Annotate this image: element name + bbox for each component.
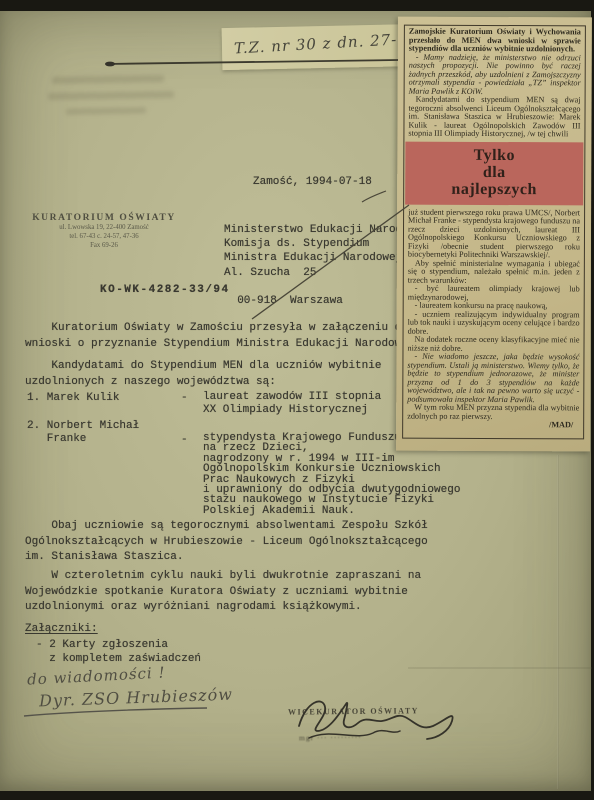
clipping-requirements-intro: Aby spełnić ministerialne wymagania i ub… (408, 259, 580, 285)
letterhead-details: ul. Lwowska 19, 22-400 Zamość tel. 67-43… (28, 223, 180, 250)
paper-crease-horizontal (408, 667, 592, 669)
candidate-1-dash: - (181, 391, 188, 407)
clipping-quote: - Mamy nadzieję, że ministerstwo nie odr… (409, 53, 581, 96)
newspaper-clipping: Zamojskie Kuratorium Oświaty i Wychowani… (396, 17, 592, 452)
candidate-2-dash: - (181, 433, 188, 449)
clipping-byline: /MAD/ (407, 421, 579, 430)
letterhead-org-name: KURATORIUM OŚWIATY (28, 213, 180, 223)
clipping-student: już student pierwszego roku prawa UMCS/,… (408, 208, 580, 260)
clipping-requirement-1: - być laureatem olimpiady krajowej lub m… (408, 285, 580, 303)
attachments-title: Załączniki: (25, 622, 98, 638)
letterhead: KURATORIUM OŚWIATY ul. Lwowska 19, 22-40… (28, 213, 180, 250)
reference-number: KO-WK-4282-33/94 (100, 283, 230, 299)
body-paragraph-1: Kuratorium Oświaty w Zamościu przesyła w… (25, 321, 421, 352)
candidate-2-name: 2. Norbert Michał Franke (27, 420, 139, 445)
attachments-list: - 2 Karty zgłoszenia z kompletem zaświad… (36, 639, 201, 666)
clipping-headline: Tylko dla najlepszych (405, 141, 583, 205)
clipping-quote-2: - Nie wiadomo jeszcze, jaka będzie wysok… (407, 353, 579, 405)
official-stamp-title: WICEKURATOR OŚWIATY (288, 706, 419, 716)
clipping-closing: W tym roku MEN przyzna stypendia dla wyb… (407, 404, 579, 422)
clipping-candidates: Kandydatami do stypendium MEN są dwaj te… (408, 96, 580, 139)
clipping-note: Na dodatek roczne oceny klasyfikacyjne m… (407, 336, 579, 354)
candidate-1-name: 1. Marek Kulik (27, 391, 119, 407)
paper-crease-vertical (557, 455, 559, 789)
clipping-frame: Zamojskie Kuratorium Oświaty i Wychowani… (402, 25, 586, 440)
clipping-lead: Zamojskie Kuratorium Oświaty i Wychowani… (409, 28, 581, 54)
letter-date: Zamość, 1994-07-18 (253, 175, 372, 191)
clipping-requirement-3: - uczniem realizującym indywidualny prog… (408, 310, 580, 336)
scanned-letter-photo: T.Z. nr 30 z dn. 27-07-94 KURATORIUM OŚW… (0, 0, 594, 800)
body-paragraph-4: W czteroletnim cyklu nauki byli dwukrotn… (25, 569, 421, 616)
body-paragraph-2: Kandydatami do Stypendium MEN dla ucznió… (25, 359, 381, 390)
body-paragraph-3: Obaj uczniowie są tegorocznymi absolwent… (25, 519, 428, 566)
official-stamp-name: mgr ··· ········· (299, 733, 362, 743)
taped-note: T.Z. nr 30 z dn. 27-07-94 (222, 24, 425, 70)
candidate-1-description: laureat zawodów III stopnia XX Olimpiady… (203, 391, 381, 416)
